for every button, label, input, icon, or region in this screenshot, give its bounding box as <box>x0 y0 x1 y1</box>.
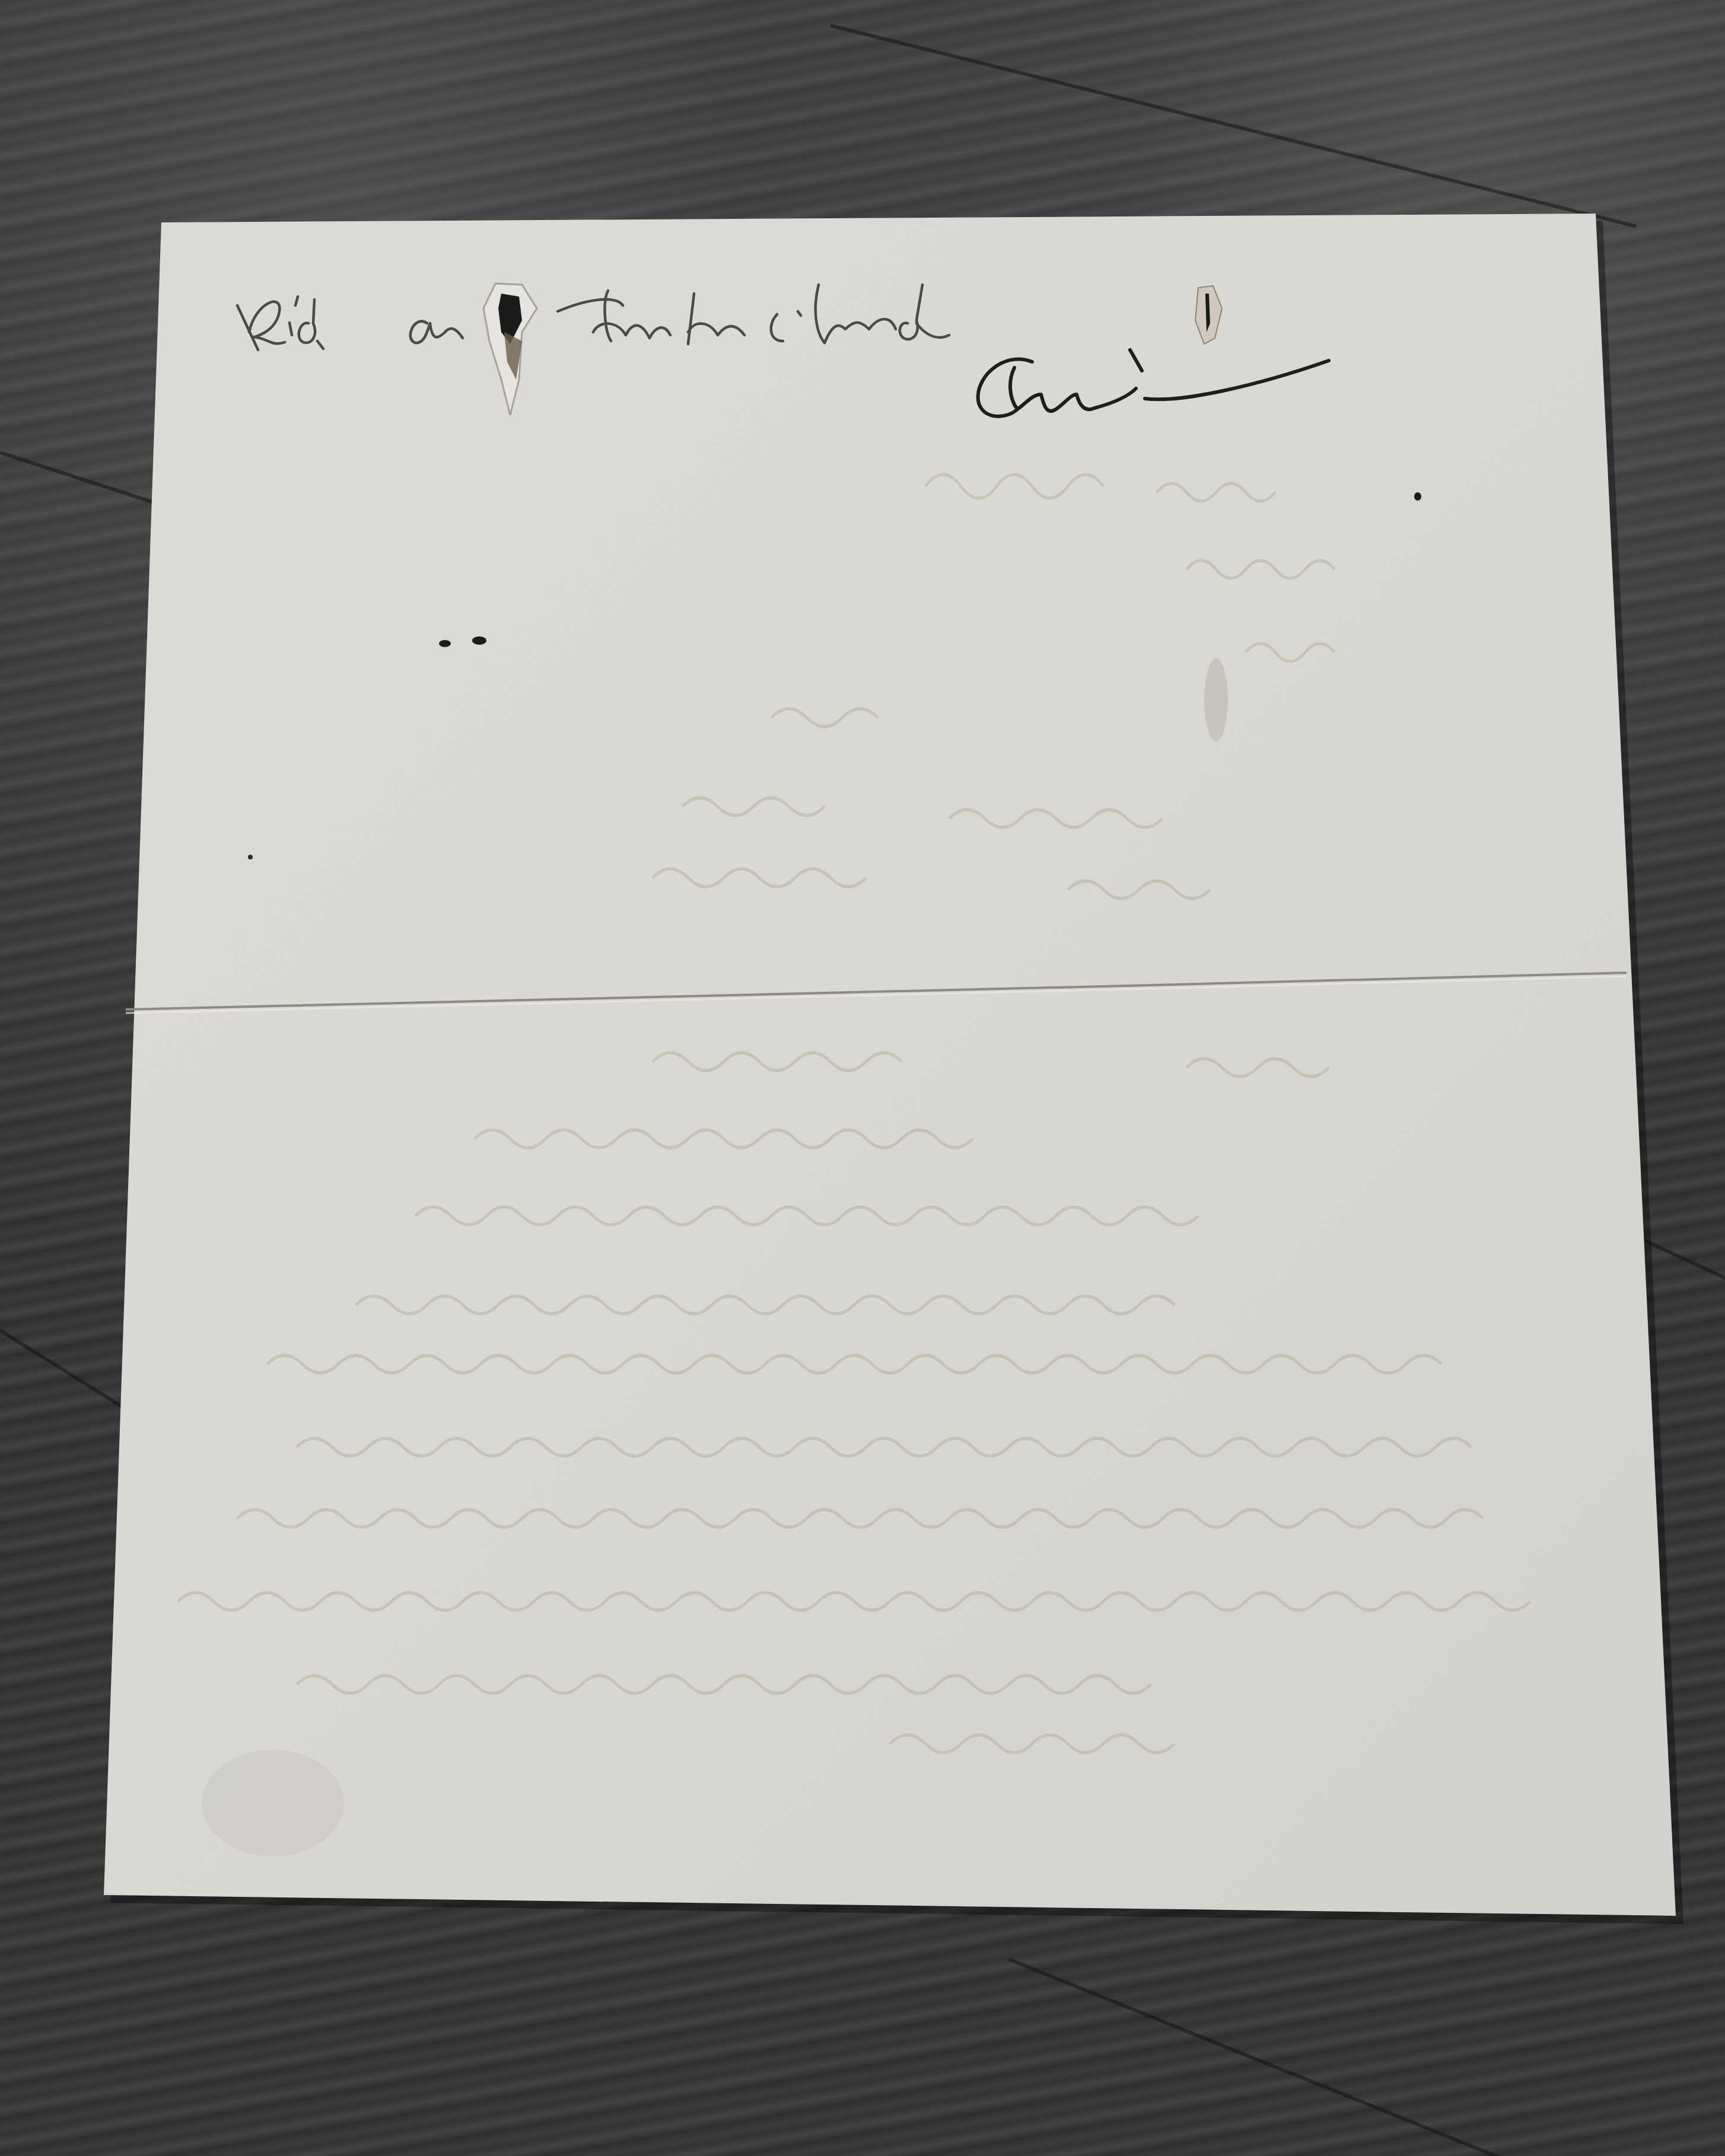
ink-dot <box>248 855 253 859</box>
ink-dot <box>1414 492 1421 501</box>
paper-texture <box>104 214 1676 1916</box>
photo-scene: Rec'd ans' thanked Ch illegible faint ha… <box>0 0 1725 2156</box>
smudge <box>202 1750 344 1856</box>
ink-dot <box>439 640 451 647</box>
letter-paper <box>0 0 1725 2156</box>
smudge <box>1204 658 1228 741</box>
ink-dot <box>472 636 486 645</box>
